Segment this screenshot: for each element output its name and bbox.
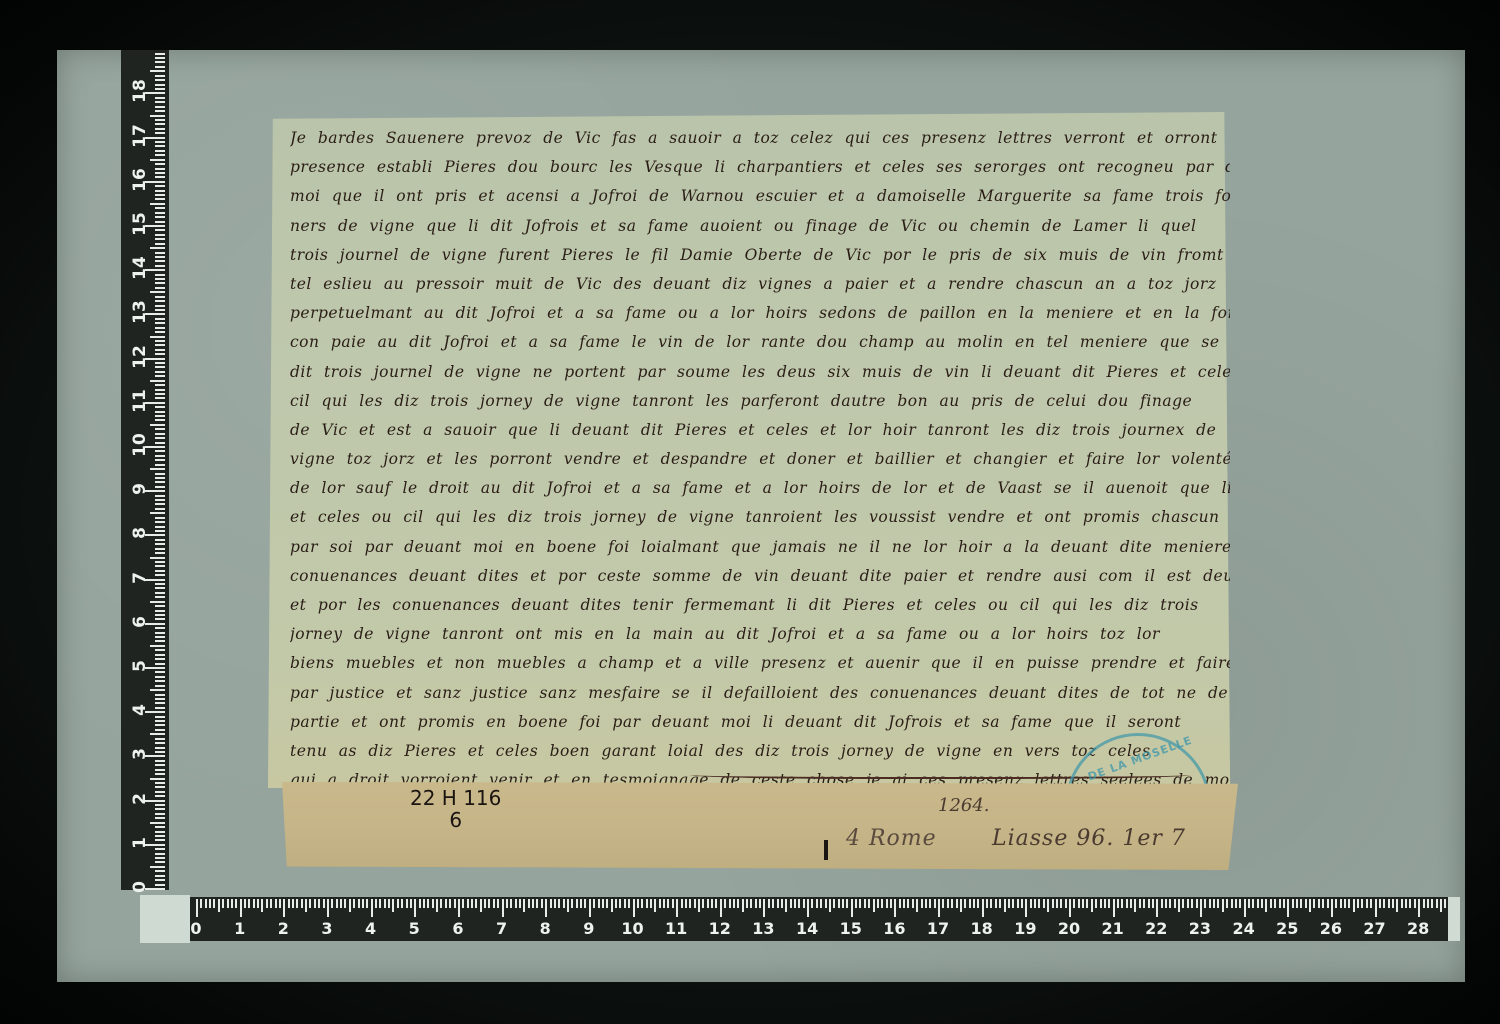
ruler-tick xyxy=(986,899,988,908)
ruler-tick xyxy=(859,899,861,908)
ruler-tick xyxy=(1226,899,1228,908)
ruler-tick xyxy=(155,782,165,784)
ruler-tick xyxy=(1444,899,1446,908)
ruler-tick xyxy=(155,747,165,749)
ruler-label: 22 xyxy=(1141,919,1171,938)
ruler-tick xyxy=(155,614,165,616)
charter-line: et celes ou cil qui les diz trois jorney… xyxy=(290,503,1230,532)
ruler-tick xyxy=(436,899,438,912)
ruler-tick xyxy=(951,899,953,908)
ruler-end-cap xyxy=(1448,897,1460,941)
ruler-label: 3 xyxy=(312,919,342,938)
ruler-tick xyxy=(410,899,412,908)
ruler-tick xyxy=(1353,899,1355,912)
ruler-tick xyxy=(746,899,748,908)
ruler-tick xyxy=(155,57,165,59)
ruler-tick xyxy=(155,411,165,413)
ruler-tick xyxy=(155,128,165,130)
ruler-tick xyxy=(155,79,165,81)
ruler-tick xyxy=(467,899,469,908)
ruler-tick xyxy=(318,899,320,908)
ruler-tick xyxy=(155,318,165,320)
ruler-tick xyxy=(541,899,543,908)
ruler-tick xyxy=(155,389,165,391)
ruler-tick xyxy=(150,115,165,117)
ruler-tick xyxy=(155,419,165,421)
ruler-tick xyxy=(155,773,165,775)
ruler-tick xyxy=(353,899,355,908)
ruler-tick xyxy=(155,123,165,125)
ruler-tick xyxy=(419,899,421,908)
ruler-tick xyxy=(314,899,316,908)
ruler-tick xyxy=(155,53,165,55)
ruler-tick xyxy=(698,899,700,912)
ruler-tick xyxy=(689,899,691,908)
ruler-tick xyxy=(938,899,940,917)
charter-line: cil qui les diz trois jorney de vigne ta… xyxy=(290,387,1230,416)
horizontal-scale-ruler: 0123456789101112131415161718192021222324… xyxy=(190,897,1448,941)
ruler-tick xyxy=(1357,899,1359,908)
ruler-tick xyxy=(576,899,578,908)
ruler-tick xyxy=(155,132,165,134)
ruler-label: 11 xyxy=(661,919,691,938)
ruler-label: 24 xyxy=(1229,919,1259,938)
ruler-tick xyxy=(155,694,165,696)
ruler-tick xyxy=(155,857,165,859)
ruler-label: 15 xyxy=(130,209,150,239)
ruler-tick xyxy=(1370,899,1372,908)
charter-line: conuenances deuant dites et por ceste so… xyxy=(290,562,1230,591)
ruler-tick xyxy=(720,899,722,917)
ruler-tick xyxy=(650,899,652,908)
ruler-label: 27 xyxy=(1360,919,1390,938)
charter-line: moi que il ont pris et acensi a Jofroi d… xyxy=(290,182,1230,211)
ruler-tick xyxy=(155,574,165,576)
ruler-tick xyxy=(150,291,165,293)
ruler-tick xyxy=(155,265,165,267)
ruler-tick xyxy=(288,899,290,908)
ruler-tick xyxy=(694,899,696,908)
ruler-tick xyxy=(785,899,787,912)
ruler-tick xyxy=(798,899,800,908)
ruler-tick xyxy=(1327,899,1329,908)
ruler-tick xyxy=(150,512,165,514)
ruler-tick xyxy=(1121,899,1123,908)
charter-line: tel eslieu au pressoir muit de Vic des d… xyxy=(290,270,1230,299)
ruler-tick xyxy=(155,198,165,200)
ruler-tick xyxy=(155,101,165,103)
ruler-tick xyxy=(1148,899,1150,908)
ruler-tick xyxy=(641,899,643,908)
ruler-tick xyxy=(1073,899,1075,908)
ruler-tick xyxy=(707,899,709,908)
ruler-tick xyxy=(427,899,429,908)
ruler-tick xyxy=(244,899,246,908)
ruler-label: 12 xyxy=(130,342,150,372)
ruler-tick xyxy=(1143,899,1145,908)
ruler-tick xyxy=(155,698,165,700)
ruler-tick xyxy=(480,899,482,912)
ruler-tick xyxy=(598,899,600,908)
ruler-tick xyxy=(750,899,752,908)
ruler-tick xyxy=(155,530,165,532)
ruler-tick xyxy=(155,813,165,815)
ruler-tick xyxy=(205,899,207,908)
ruler-tick xyxy=(1100,899,1102,908)
ruler-tick xyxy=(1174,899,1176,908)
ruler-tick xyxy=(155,61,165,63)
ruler-tick xyxy=(1069,899,1071,917)
ruler-tick xyxy=(1004,899,1006,912)
ruler-tick xyxy=(1034,899,1036,908)
ruler-tick xyxy=(458,899,460,917)
ruler-tick xyxy=(155,495,165,497)
ruler-tick xyxy=(1082,899,1084,908)
ruler-tick xyxy=(903,899,905,908)
ruler-tick xyxy=(155,671,165,673)
ruler-tick xyxy=(1178,899,1180,912)
ruler-label: 10 xyxy=(618,919,648,938)
ruler-tick xyxy=(155,433,165,435)
ruler-tick xyxy=(1409,899,1411,908)
ruler-tick xyxy=(155,879,165,881)
ruler-tick xyxy=(155,499,165,501)
ruler-tick xyxy=(209,899,211,908)
ruler-tick xyxy=(1139,899,1141,908)
ruler-tick xyxy=(155,106,165,108)
annotation-liasse: Liasse 96. 1er 7 xyxy=(992,826,1186,851)
ruler-tick xyxy=(155,477,165,479)
ruler-tick xyxy=(155,300,165,302)
ruler-tick xyxy=(1030,899,1032,908)
ruler-tick xyxy=(523,899,525,912)
ruler-tick xyxy=(155,707,165,709)
ruler-tick xyxy=(384,899,386,908)
ruler-tick xyxy=(1274,899,1276,908)
ruler-tick xyxy=(877,899,879,908)
ruler-tick xyxy=(506,899,508,908)
ruler-tick xyxy=(846,899,848,908)
ruler-tick xyxy=(155,260,165,262)
ruler-label: 5 xyxy=(130,651,150,681)
ruler-tick xyxy=(155,716,165,718)
ruler-tick xyxy=(1060,899,1062,908)
ruler-tick xyxy=(155,663,165,665)
ruler-tick xyxy=(155,176,165,178)
ruler-label: 4 xyxy=(130,695,150,725)
ruler-tick xyxy=(1292,899,1294,908)
charter-line: presence establi Pieres dou bourc les Ve… xyxy=(290,153,1230,182)
ruler-tick xyxy=(1104,899,1106,908)
ruler-tick xyxy=(222,899,224,908)
ruler-tick xyxy=(155,238,165,240)
ruler-tick xyxy=(371,899,373,917)
ruler-tick xyxy=(890,899,892,908)
vertical-scale-ruler: 0123456789101112131415161718 xyxy=(121,50,169,890)
ruler-tick xyxy=(829,899,831,912)
ruler-tick xyxy=(1279,899,1281,908)
ruler-label: 18 xyxy=(130,76,150,106)
ruler-tick xyxy=(1187,899,1189,908)
ruler-tick xyxy=(899,899,901,908)
ruler-label: 18 xyxy=(967,919,997,938)
charter-line: con paie au dit Jofroi et a sa fame le v… xyxy=(290,328,1230,357)
ruler-tick xyxy=(155,605,165,607)
ruler-tick xyxy=(672,899,674,908)
ruler-tick xyxy=(602,899,604,908)
ruler-tick xyxy=(1379,899,1381,908)
ruler-tick xyxy=(1012,899,1014,908)
ruler-tick xyxy=(155,627,165,629)
ruler-tick xyxy=(921,899,923,908)
ruler-tick xyxy=(240,899,242,917)
ruler-tick xyxy=(663,899,665,908)
ruler-tick xyxy=(344,899,346,908)
ruler-tick xyxy=(150,645,165,647)
ruler-tick xyxy=(375,899,377,908)
charter-line: jorney de vigne tanront ont mis en la ma… xyxy=(290,620,1230,649)
ruler-tick xyxy=(1008,899,1010,908)
ruler-tick xyxy=(667,899,669,908)
ruler-label: 16 xyxy=(879,919,909,938)
ruler-tick xyxy=(702,899,704,908)
ruler-label: 15 xyxy=(836,919,866,938)
ruler-tick xyxy=(150,247,165,249)
ruler-tick xyxy=(155,296,165,298)
ruler-label: 20 xyxy=(1054,919,1084,938)
ruler-tick xyxy=(1331,899,1333,917)
ruler-tick xyxy=(150,778,165,780)
ruler-tick xyxy=(155,570,165,572)
ruler-tick xyxy=(493,899,495,908)
ruler-tick xyxy=(982,899,984,917)
ruler-tick xyxy=(155,97,165,99)
ruler-tick xyxy=(150,424,165,426)
ruler-tick xyxy=(150,203,165,205)
ruler-label: 6 xyxy=(130,607,150,637)
ruler-tick xyxy=(155,521,165,523)
ruler-tick xyxy=(1235,899,1237,908)
ruler-tick xyxy=(155,831,165,833)
ruler-tick xyxy=(567,899,569,912)
ruler-tick xyxy=(155,172,165,174)
ruler-tick xyxy=(155,517,165,519)
ruler-tick xyxy=(873,899,875,912)
ruler-tick xyxy=(532,899,534,908)
ruler-tick xyxy=(309,899,311,908)
ruler-tick xyxy=(1423,899,1425,908)
ruler-tick xyxy=(1130,899,1132,908)
ruler-label: 2 xyxy=(268,919,298,938)
ruler-tick xyxy=(990,899,992,908)
ruler-tick xyxy=(155,875,165,877)
ruler-label: 11 xyxy=(130,386,150,416)
ruler-tick xyxy=(956,899,958,908)
ruler-tick xyxy=(558,899,560,908)
ruler-tick xyxy=(155,305,165,307)
ruler-tick xyxy=(155,680,165,682)
ruler-tick xyxy=(253,899,255,908)
ruler-tick xyxy=(155,322,165,324)
ruler-tick xyxy=(685,899,687,908)
ruler-tick xyxy=(1431,899,1433,908)
ruler-tick xyxy=(155,428,165,430)
ruler-tick xyxy=(1134,899,1136,912)
charter-line: par justice et sanz justice sanz mesfair… xyxy=(290,679,1230,708)
ruler-tick xyxy=(628,899,630,908)
ruler-tick xyxy=(155,729,165,731)
ruler-tick xyxy=(960,899,962,912)
ruler-tick xyxy=(1065,899,1067,908)
ruler-tick xyxy=(406,899,408,908)
ruler-tick xyxy=(440,899,442,908)
ruler-tick xyxy=(327,899,329,917)
ruler-tick xyxy=(1366,899,1368,908)
ruler-tick xyxy=(1038,899,1040,908)
ruler-tick xyxy=(397,899,399,908)
ruler-tick xyxy=(969,899,971,908)
charter-line: Je bardes Sauenere prevoz de Vic fas a s… xyxy=(290,124,1230,153)
ruler-tick xyxy=(1248,899,1250,908)
ruler-tick xyxy=(715,899,717,908)
charter-line: biens muebles et non muebles a champ et … xyxy=(290,649,1230,678)
ruler-tick xyxy=(654,899,656,912)
ruler-tick xyxy=(676,899,678,917)
ruler-tick xyxy=(213,899,215,908)
ruler-tick xyxy=(1252,899,1254,908)
ruler-tick xyxy=(155,119,165,121)
ruler-tick xyxy=(155,760,165,762)
ruler-tick xyxy=(833,899,835,908)
ruler-tick xyxy=(881,899,883,908)
ruler-tick xyxy=(1348,899,1350,908)
ruler-tick xyxy=(155,870,165,872)
ruler-tick xyxy=(155,366,165,368)
ruler-tick xyxy=(155,552,165,554)
ruler-tick xyxy=(155,654,165,656)
ruler-label: 14 xyxy=(792,919,822,938)
ruler-tick xyxy=(454,899,456,908)
ruler-tick xyxy=(864,899,866,908)
ruler-tick xyxy=(150,159,165,161)
ruler-tick xyxy=(155,618,165,620)
ruler-tick xyxy=(1418,899,1420,917)
ruler-tick xyxy=(1296,899,1298,908)
ruler-tick xyxy=(502,899,504,917)
ruler-label: 7 xyxy=(487,919,517,938)
ruler-tick xyxy=(659,899,661,908)
ruler-tick xyxy=(155,384,165,386)
ruler-tick xyxy=(423,899,425,908)
ruler-tick xyxy=(432,899,434,908)
ruler-label: 17 xyxy=(923,919,953,938)
ruler-tick xyxy=(1021,899,1023,908)
ruler-tick xyxy=(1025,899,1027,917)
ruler-tick xyxy=(155,565,165,567)
annotation-signature: 4 Rome xyxy=(846,826,937,851)
ruler-tick xyxy=(155,256,165,258)
ruler-tick xyxy=(916,899,918,912)
ruler-tick xyxy=(868,899,870,908)
ruler-label: 8 xyxy=(530,919,560,938)
ruler-tick xyxy=(519,899,521,908)
ruler-tick xyxy=(301,899,303,908)
ruler-tick xyxy=(150,557,165,559)
ruler-tick xyxy=(155,168,165,170)
ruler-tick xyxy=(1436,899,1438,908)
ruler-tick xyxy=(589,899,591,917)
ruler-label: 1 xyxy=(225,919,255,938)
ruler-label: 3 xyxy=(130,739,150,769)
ruler-tick xyxy=(646,899,648,908)
ruler-tick xyxy=(755,899,757,908)
ruler-tick xyxy=(563,899,565,908)
ruler-tick xyxy=(1440,899,1442,912)
ruler-tick xyxy=(296,899,298,908)
ruler-tick xyxy=(155,212,165,214)
ruler-tick xyxy=(155,327,165,329)
ruler-tick xyxy=(894,899,896,917)
ruler-tick xyxy=(150,866,165,868)
ruler-tick xyxy=(1113,899,1115,917)
ruler-tick xyxy=(907,899,909,908)
ruler-tick xyxy=(550,899,552,908)
ruler-label: 13 xyxy=(748,919,778,938)
ink-mark xyxy=(824,840,828,860)
ruler-tick xyxy=(816,899,818,908)
charter-line: vigne toz jorz et les porront vendre et … xyxy=(290,445,1230,474)
ruler-tick xyxy=(155,66,165,68)
ruler-tick xyxy=(155,207,165,209)
ruler-tick xyxy=(231,899,233,908)
ruler-tick xyxy=(155,437,165,439)
ruler-tick xyxy=(155,331,165,333)
ruler-label: 16 xyxy=(130,165,150,195)
ruler-tick xyxy=(218,899,220,912)
ruler-label: 14 xyxy=(130,253,150,283)
ruler-tick xyxy=(235,899,237,908)
ruler-tick xyxy=(275,899,277,908)
ruler-tick xyxy=(155,406,165,408)
ruler-tick xyxy=(1239,899,1241,908)
ruler-tick xyxy=(155,455,165,457)
ruler-tick xyxy=(528,899,530,908)
ruler-tick xyxy=(155,795,165,797)
ruler-tick xyxy=(155,150,165,152)
ruler-tick xyxy=(331,899,333,908)
ruler-label: 5 xyxy=(399,919,429,938)
ruler-tick xyxy=(150,601,165,603)
ruler-tick xyxy=(1047,899,1049,912)
charter-line: et por les conuenances deuant dites teni… xyxy=(290,591,1230,620)
ruler-tick xyxy=(1318,899,1320,908)
ruler-tick xyxy=(155,185,165,187)
ruler-tick xyxy=(227,899,229,908)
ruler-tick xyxy=(1309,899,1311,912)
ruler-label: 7 xyxy=(130,563,150,593)
ruler-tick xyxy=(1117,899,1119,908)
ruler-tick xyxy=(811,899,813,908)
charter-line: de Vic et est a sauoir que li deuant dit… xyxy=(290,416,1230,445)
ruler-tick xyxy=(1222,899,1224,912)
ruler-tick xyxy=(155,583,165,585)
ruler-tick xyxy=(1086,899,1088,908)
ruler-tick xyxy=(820,899,822,908)
ruler-tick xyxy=(1196,899,1198,908)
ruler-tick xyxy=(1161,899,1163,908)
charter-line: perpetuelmant au dit Jofroi et a sa fame… xyxy=(290,299,1230,328)
ruler-tick xyxy=(362,899,364,908)
